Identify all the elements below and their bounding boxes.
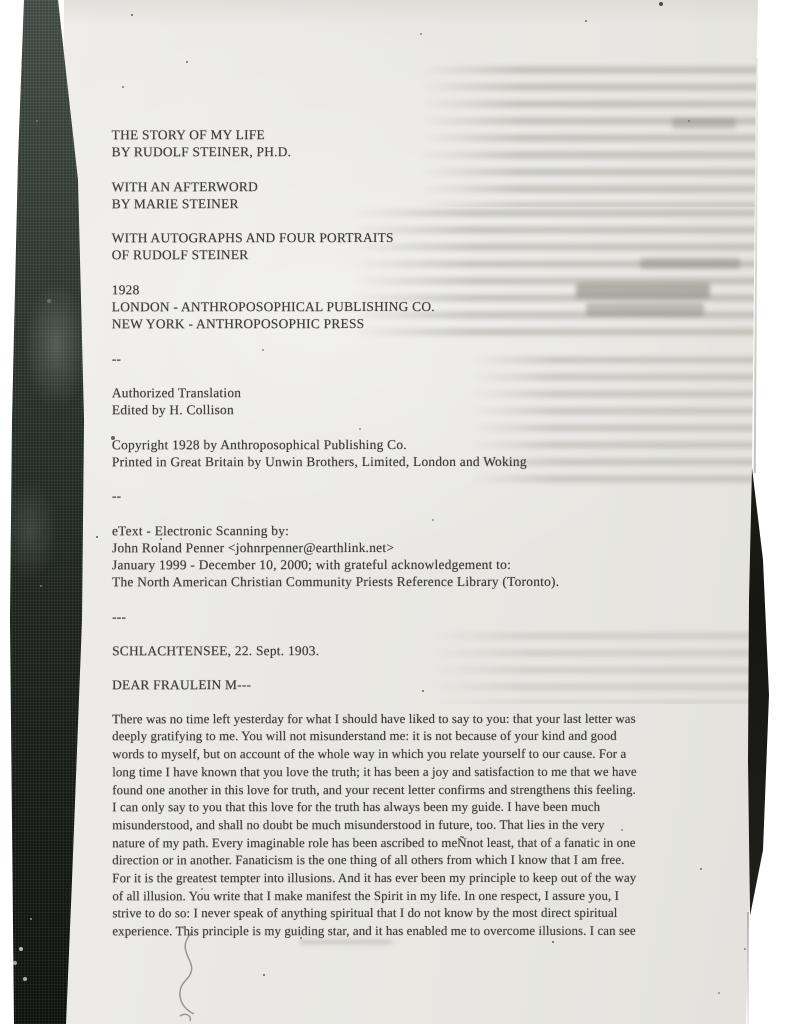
letter-body-line: I can only say to you that this love for…: [112, 799, 712, 817]
letter-body: There was no time left yesterday for wha…: [112, 710, 712, 941]
letter-body-line: direction or in another. Fanaticism is t…: [112, 852, 712, 870]
letter-body-line: misunderstood, and shall no doubt be muc…: [112, 817, 712, 835]
letter-body-line: strive to do so: I never speak of anythi…: [112, 905, 712, 923]
salutation: DEAR FRAULEIN M---: [112, 676, 712, 694]
letter-body-line: words to myself, but on account of the w…: [112, 746, 712, 764]
translation-block-line: Edited by H. Collison: [112, 401, 712, 419]
letter-body-line: of all illusion. You write that I make m…: [112, 887, 712, 905]
copyright-block: Copyright 1928 by Anthroposophical Publi…: [112, 435, 712, 470]
letter-body-line: deeply gratifying to me. You will not mi…: [112, 728, 712, 746]
letter-body-line: found one another in this love for truth…: [112, 781, 712, 799]
publisher-block-line: 1928: [112, 281, 712, 299]
copyright-block-line: Copyright 1928 by Anthroposophical Publi…: [112, 435, 712, 453]
afterword-block: WITH AN AFTERWORDBY MARIE STEINER: [112, 177, 712, 212]
letter-body-line: experience. This principle is my guiding…: [112, 923, 712, 941]
publisher-block-line: NEW YORK - ANTHROPOSOPHIC PRESS: [112, 315, 712, 333]
etext-block: eText - Electronic Scanning by:John Rola…: [112, 521, 712, 590]
publisher-block-line: LONDON - ANTHROPOSOPHICAL PUBLISHING CO.: [112, 298, 712, 316]
translation-block-line: Authorized Translation: [112, 384, 712, 402]
etext-block-line: January 1999 - December 10, 2000; with g…: [112, 556, 712, 574]
etext-block-line: John Roland Penner <johnrpenner@earthlin…: [112, 538, 712, 556]
salutation-line: DEAR FRAULEIN M---: [112, 676, 712, 694]
title-block: THE STORY OF MY LIFEBY RUDOLF STEINER, P…: [112, 126, 712, 161]
title-block-line: BY RUDOLF STEINER, PH.D.: [112, 143, 712, 161]
page-text: THE STORY OF MY LIFEBY RUDOLF STEINER, P…: [112, 126, 713, 959]
dateline: SCHLACHTENSEE, 22. Sept. 1903.: [112, 642, 712, 660]
letter-body-line: There was no time left yesterday for wha…: [112, 710, 712, 728]
copyright-block-line: Printed in Great Britain by Unwin Brothe…: [112, 453, 712, 471]
etext-block-line: The North American Christian Community P…: [112, 573, 712, 591]
afterword-block-line: WITH AN AFTERWORD: [112, 177, 712, 195]
letter-body-line: long time I have known that you love the…: [112, 764, 712, 782]
dateline-line: SCHLACHTENSEE, 22. Sept. 1903.: [112, 642, 712, 660]
autographs-block: WITH AUTOGRAPHS AND FOUR PORTRAITSOF RUD…: [112, 229, 712, 264]
tape-paint-specks: [0, 0, 2, 2]
autographs-block-line: WITH AUTOGRAPHS AND FOUR PORTRAITS: [112, 229, 712, 247]
photo-of-scanned-book-page: THE STORY OF MY LIFEBY RUDOLF STEINER, P…: [0, 0, 791, 1024]
translation-block: Authorized TranslationEdited by H. Colli…: [112, 384, 712, 419]
divider-2: --: [112, 487, 712, 505]
afterword-block-line: BY MARIE STEINER: [112, 195, 712, 213]
page-right-edge-lower: [747, 912, 749, 1024]
etext-block-line: eText - Electronic Scanning by:: [112, 521, 712, 539]
divider-1-line: --: [112, 349, 712, 367]
dust-specks: [0, 0, 2, 2]
publisher-block: 1928LONDON - ANTHROPOSOPHICAL PUBLISHING…: [112, 281, 712, 333]
divider-3: ---: [112, 607, 712, 625]
divider-3-line: ---: [112, 607, 712, 625]
letter-body-line: For it is the greatest tempter into illu…: [112, 870, 712, 888]
divider-2-line: --: [112, 487, 712, 505]
paper-page: THE STORY OF MY LIFEBY RUDOLF STEINER, P…: [0, 0, 791, 1024]
page-top-shadow: [60, 0, 760, 26]
autographs-block-line: OF RUDOLF STEINER: [112, 246, 712, 264]
title-block-line: THE STORY OF MY LIFE: [112, 126, 712, 144]
letter-body-line: nature of my path. Every imaginable role…: [112, 834, 712, 852]
divider-1: --: [112, 349, 712, 367]
